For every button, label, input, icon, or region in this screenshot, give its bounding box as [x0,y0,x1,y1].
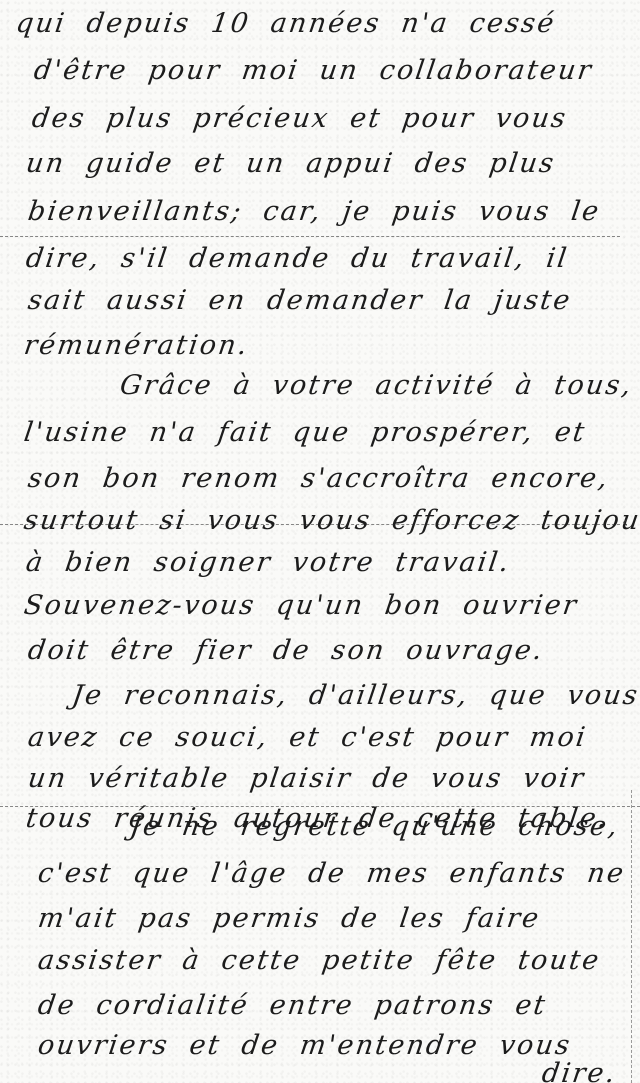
strike-line [0,524,620,525]
handwritten-line: surtout si vous vous efforcez toujours [22,505,640,536]
handwritten-line: sait aussi en demander la juste [26,285,574,316]
page-edge-rule [631,790,632,1083]
handwritten-line: un véritable plaisir de vous voir [26,763,587,794]
handwritten-line: Je reconnais, d'ailleurs, que vous [70,680,640,711]
handwritten-line: Souvenez-vous qu'un bon ouvrier [22,590,580,621]
handwritten-line: son bon renom s'accroîtra encore, [26,463,611,494]
handwritten-line: dire. [540,1058,619,1083]
handwritten-line: Grâce à votre activité à tous, [118,370,635,401]
scanned-letter-page: qui depuis 10 années n'a cessé d'être po… [0,0,640,1083]
handwritten-line: dire, s'il demande du travail, il [24,243,570,274]
handwritten-line: m'ait pas permis de les faire [36,903,543,934]
handwritten-line: avez ce souci, et c'est pour moi [26,722,589,753]
handwritten-line: à bien soigner votre travail. [24,547,512,578]
edge-mark-icon: ‹ [622,512,628,531]
handwritten-line: Je ne regrette qu'une chose, [128,811,621,842]
handwritten-line: de cordialité entre patrons et [36,990,549,1021]
handwritten-line: des plus précieux et pour vous [30,103,569,134]
handwritten-line: d'être pour moi un collaborateur [32,55,595,86]
handwritten-line: c'est que l'âge de mes enfants ne [36,858,627,889]
handwritten-line: ouvriers et de m'entendre vous [36,1030,573,1061]
handwritten-line: l'usine n'a fait que prospérer, et [22,417,588,448]
handwritten-line: bienveillants; car, je puis vous le [26,196,603,227]
handwritten-line: doit être fier de son ouvrage. [26,635,546,666]
strike-line [0,236,620,237]
handwritten-line: qui depuis 10 années n'a cessé [14,8,558,39]
handwritten-line: un guide et un appui des plus [24,148,558,179]
handwritten-line: assister à cette petite fête toute [36,945,603,976]
handwritten-line: rémunération. [22,330,251,361]
separator-rule [0,806,640,807]
